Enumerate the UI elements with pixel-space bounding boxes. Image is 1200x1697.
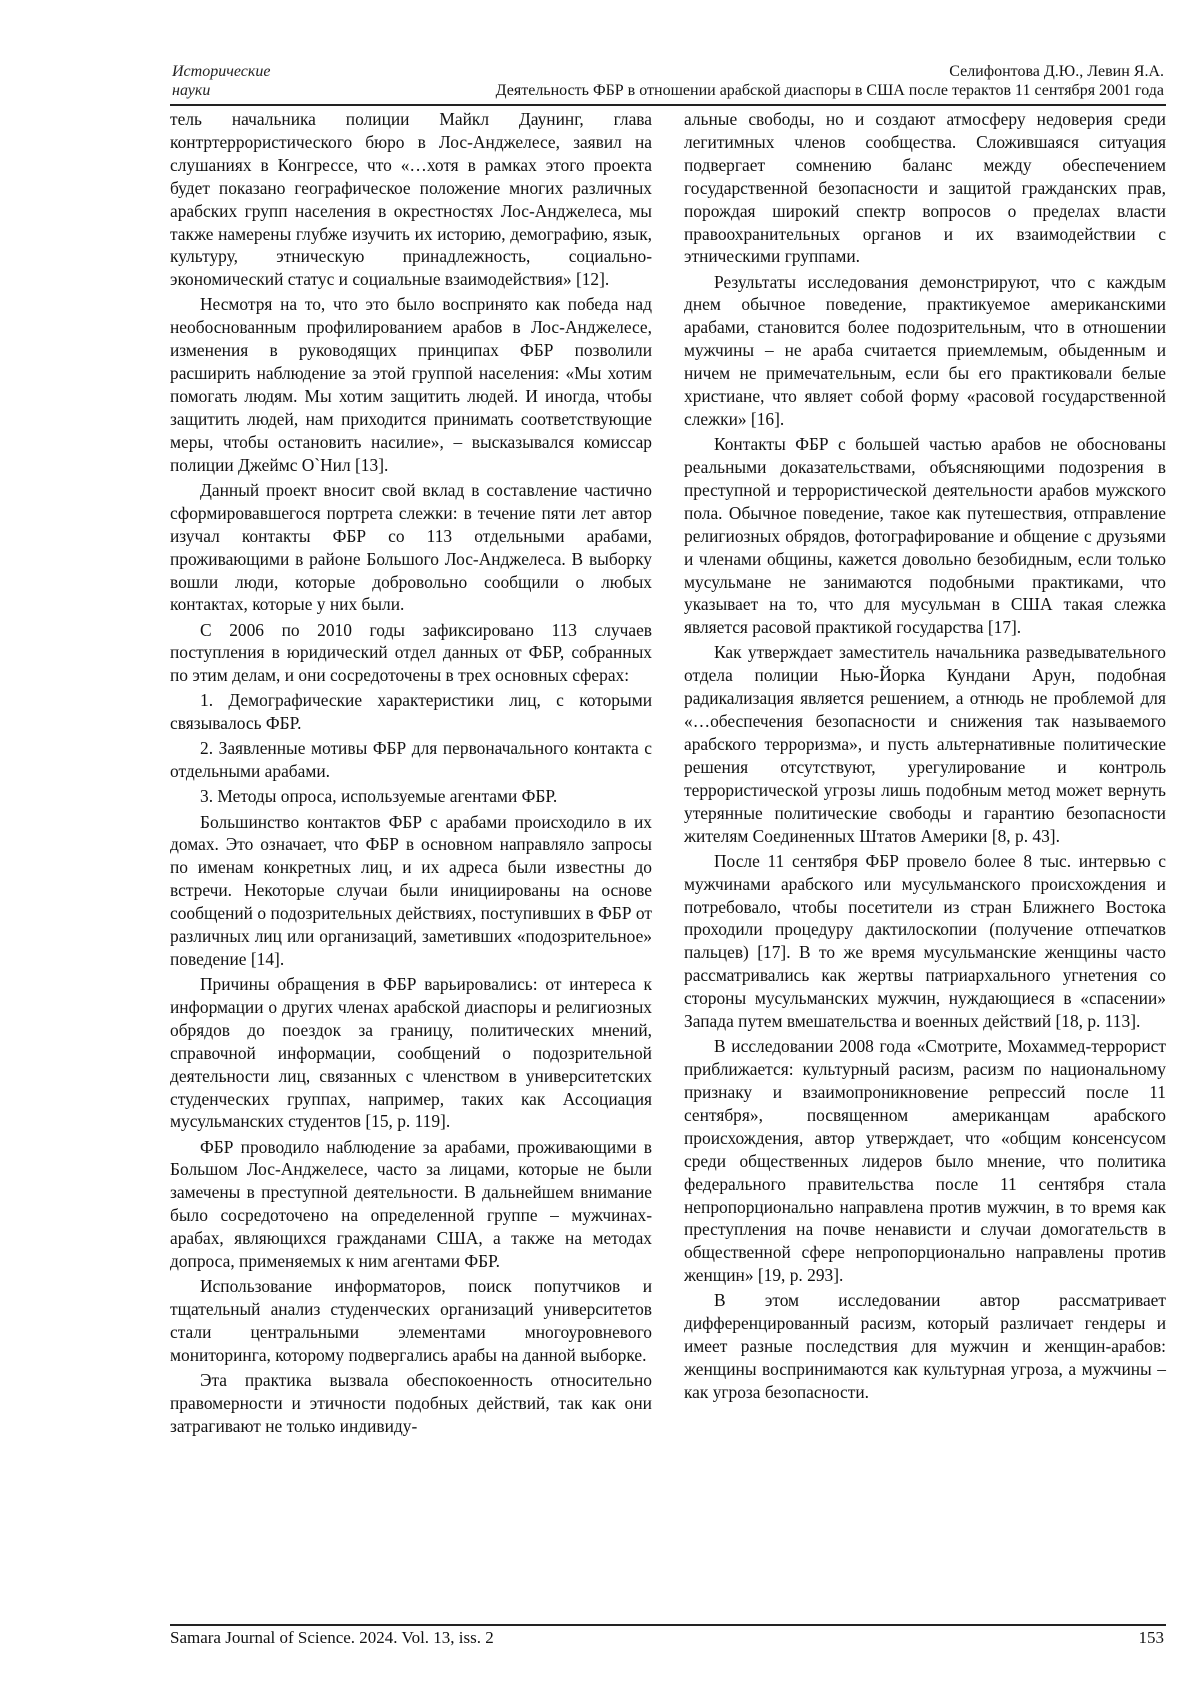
article-title: Деятельность ФБР в отношении арабской ди… — [496, 81, 1164, 100]
page-number: 153 — [1139, 1628, 1165, 1648]
paragraph: 2. Заявленные мотивы ФБР для первоначаль… — [170, 737, 652, 783]
paragraph: тель начальника полиции Майкл Даунинг, г… — [170, 108, 652, 291]
paragraph: Большинство контактов ФБР с арабами прои… — [170, 811, 652, 971]
paragraph: Как утверждает заместитель начальника ра… — [684, 641, 1166, 847]
paragraph: Контакты ФБР с большей частью арабов не … — [684, 433, 1166, 639]
paragraph: Эта практика вызвала обеспокоенность отн… — [170, 1369, 652, 1438]
paragraph: Использование информаторов, поиск попутч… — [170, 1275, 652, 1367]
paragraph: С 2006 по 2010 годы зафиксировано 113 сл… — [170, 619, 652, 688]
paragraph: В исследовании 2008 года «Смотрите, Моха… — [684, 1035, 1166, 1287]
running-header: Исторические науки Селифонтова Д.Ю., Лев… — [170, 58, 1166, 106]
section-label: Исторические науки — [172, 62, 282, 100]
right-column: альные свободы, но и создают атмосферу н… — [684, 108, 1166, 1440]
page-footer: Samara Journal of Science. 2024. Vol. 13… — [170, 1624, 1166, 1654]
paragraph: Несмотря на то, что это было воспринято … — [170, 293, 652, 476]
journal-page: Исторические науки Селифонтова Д.Ю., Лев… — [170, 58, 1166, 106]
paragraph: В этом исследовании автор рассматривает … — [684, 1289, 1166, 1404]
paragraph: После 11 сентября ФБР провело более 8 ты… — [684, 850, 1166, 1033]
paragraph: 1. Демографические характеристики лиц, с… — [170, 689, 652, 735]
left-column: тель начальника полиции Майкл Даунинг, г… — [170, 108, 652, 1440]
paragraph: Результаты исследования демонстрируют, ч… — [684, 271, 1166, 431]
paragraph: ФБР проводило наблюдение за арабами, про… — [170, 1136, 652, 1273]
paragraph: Причины обращения в ФБР варьировались: о… — [170, 973, 652, 1133]
body-columns: тель начальника полиции Майкл Даунинг, г… — [170, 108, 1166, 1440]
paragraph: альные свободы, но и создают атмосферу н… — [684, 108, 1166, 268]
journal-citation: Samara Journal of Science. 2024. Vol. 13… — [170, 1628, 494, 1648]
paragraph: 3. Методы опроса, используемые агентами … — [170, 785, 652, 808]
paragraph: Данный проект вносит свой вклад в состав… — [170, 479, 652, 616]
authors-line: Селифонтова Д.Ю., Левин Я.А. — [949, 62, 1164, 81]
